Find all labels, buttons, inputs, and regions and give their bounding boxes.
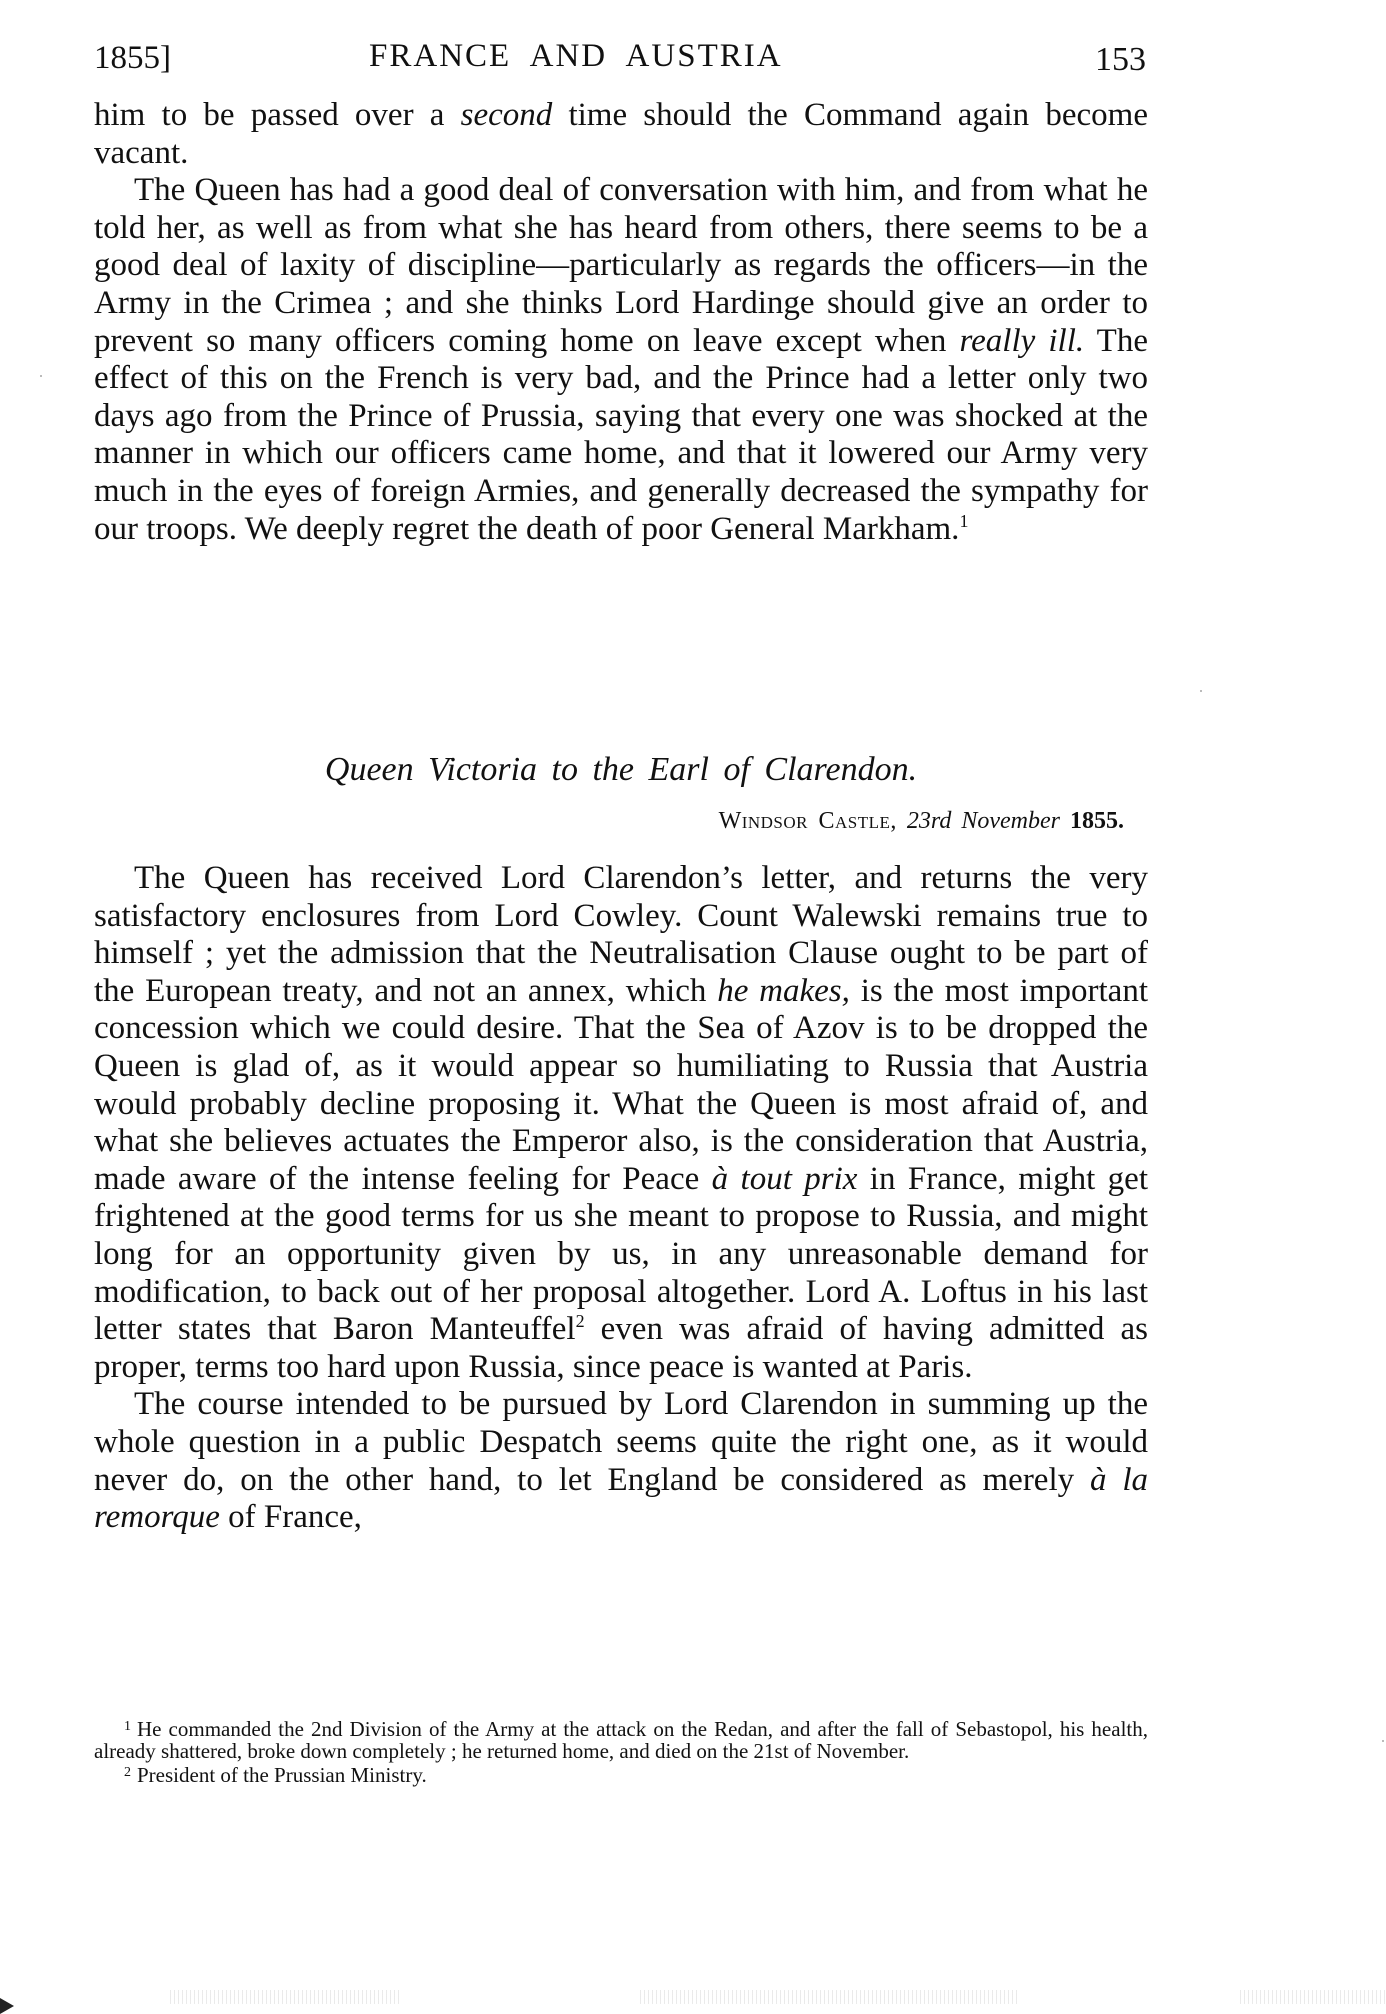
scan-speck <box>1200 690 1202 692</box>
italic-emphasis: second <box>461 97 553 133</box>
footnote-2: 2President of the Prussian Ministry. <box>94 1762 1148 1786</box>
paragraph: him to be passed over a second time shou… <box>94 97 1148 172</box>
scan-speck <box>40 375 42 377</box>
running-head-title: FRANCE AND AUSTRIA <box>369 36 783 76</box>
italic-emphasis: à tout prix <box>712 1161 858 1197</box>
page-number: 153 <box>1095 40 1146 80</box>
dateline-date: 23rd November <box>907 808 1060 834</box>
letter-body: The Queen has received Lord Clarendon’s … <box>94 860 1148 1537</box>
dateline-place: Windsor Castle, <box>719 808 897 834</box>
paragraph: The Queen has had a good deal of convers… <box>94 172 1148 548</box>
paragraph: The course intended to be pursued by Lor… <box>94 1386 1148 1536</box>
footnotes: 1He commanded the 2nd Division of the Ar… <box>94 1716 1148 1786</box>
running-head-year: 1855] <box>94 38 171 78</box>
letter-dateline: Windsor Castle, 23rd November 1855. <box>719 806 1124 836</box>
letter-heading: Queen Victoria to the Earl of Clarendon. <box>94 748 1148 792</box>
scan-noise <box>170 1990 400 2004</box>
paragraph: The Queen has received Lord Clarendon’s … <box>94 860 1148 1386</box>
running-head: 1855] FRANCE AND AUSTRIA 153 <box>94 36 1148 76</box>
scan-speck <box>1382 1740 1384 1742</box>
continued-letter-text: him to be passed over a second time shou… <box>94 97 1148 548</box>
scan-edge-marker-icon <box>0 1998 14 2014</box>
dateline-year: 1855. <box>1070 808 1124 834</box>
scan-noise <box>640 1990 1020 2004</box>
italic-emphasis: really ill. <box>960 323 1085 359</box>
footnote-ref-1: 1 <box>959 511 968 531</box>
footnote-ref-2: 2 <box>576 1311 585 1331</box>
footnote-1: 1He commanded the 2nd Division of the Ar… <box>94 1716 1148 1762</box>
italic-emphasis: he makes, <box>717 973 850 1009</box>
scan-noise <box>1240 1990 1386 2004</box>
